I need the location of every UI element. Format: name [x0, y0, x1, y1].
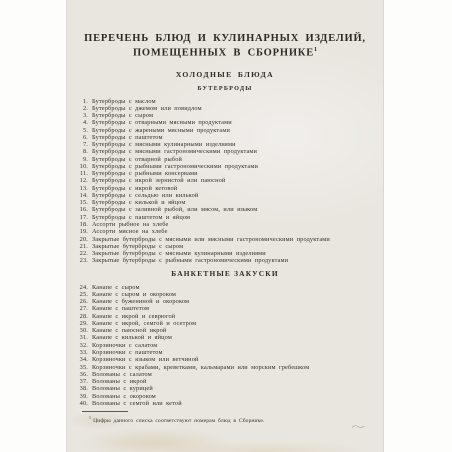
item-number: 7.: [67, 141, 88, 148]
item-text: Бутерброды с заливной рыбой, или мясом, …: [92, 206, 257, 213]
item-number: 10.: [67, 163, 88, 170]
banquet-appetizers-list: 24. Канапе с сыром 25. Канапе с сыром и …: [67, 284, 383, 408]
list-item: 10. Бутерброды с рыбными гастрономически…: [67, 163, 383, 170]
document-page: ПЕРЕЧЕНЬ БЛЮД И КУЛИНАРНЫХ ИЗДЕЛИЙ, ПОМЕ…: [66, 0, 384, 452]
item-text: Канапе с бужениной и окороком: [92, 298, 189, 305]
item-number: 18.: [67, 221, 88, 228]
item-text: Закрытые бутерброды с мясными кулинарным…: [92, 250, 266, 257]
item-text: Канапе с килькой и яйцом: [92, 334, 172, 341]
item-number: 29.: [67, 320, 88, 327]
item-text: Бутерброды с икрой кетовой: [92, 185, 177, 192]
list-item: 35. Корзиночки с крабами, креветками, ка…: [67, 364, 383, 371]
item-number: 22.: [67, 250, 88, 257]
list-item: 4. Бутерброды с отварными мясными продук…: [67, 119, 383, 126]
item-text: Бутерброды с килькой и яйцом: [92, 199, 185, 206]
list-item: 20. Закрытые бутерброды с мясными или мя…: [67, 236, 383, 243]
item-text: Бутерброды с паштетом и яйцом: [92, 214, 190, 221]
item-text: Канапе с сыром: [92, 284, 140, 291]
list-item: 37. Волованы с икрой: [67, 378, 383, 385]
list-item: 21. Закрытые бутерброды с сыром: [67, 243, 383, 250]
item-text: Бутерброды с рыбными гастрономическими п…: [92, 163, 258, 170]
list-item: 17. Бутерброды с паштетом и яйцом: [67, 214, 383, 221]
page-title-line2: ПОМЕЩЕННЫХ В СБОРНИКЕ: [133, 47, 314, 58]
item-text: Бутерброды с отварной рыбой: [92, 156, 182, 163]
item-number: 12.: [67, 177, 88, 184]
item-number: 5.: [67, 127, 88, 134]
list-item: 3. Бутерброды с сыром: [67, 112, 383, 119]
item-text: Бутерброды с сыром: [92, 112, 153, 119]
subsection-heading-sandwiches: БУТЕРБРОДЫ: [67, 85, 383, 93]
list-item: 22. Закрытые бутерброды с мясными кулина…: [67, 250, 383, 257]
item-number: 17.: [67, 214, 88, 221]
item-text: Бутерброды с мясными кулинарными изделия…: [92, 141, 236, 148]
list-item: 40. Волованы с семгой или кетой: [67, 400, 383, 407]
title-footnote-reference: 1: [314, 47, 317, 53]
item-text: Волованы с семгой или кетой: [92, 400, 182, 407]
item-number: 9.: [67, 156, 88, 163]
item-text: Канапе с паюсной икрой: [92, 327, 166, 334]
item-number: 26.: [67, 298, 88, 305]
list-item: 31. Канапе с килькой и яйцом: [67, 334, 383, 341]
list-item: 30. Канапе с паюсной икрой: [67, 327, 383, 334]
list-item: 8. Бутерброды с мясными гастрономическим…: [67, 148, 383, 155]
item-number: 3.: [67, 112, 88, 119]
item-text: Ассорти рыбное на хлебе: [92, 221, 168, 228]
item-text: Волованы с икрой: [92, 378, 146, 385]
list-item: 23. Закрытые бутерброды с рыбными гастро…: [67, 257, 383, 264]
list-item: 25. Канапе с сыром и окороком: [67, 291, 383, 298]
item-number: 21.: [67, 243, 88, 250]
list-item: 18. Ассорти рыбное на хлебе: [67, 221, 383, 228]
footnote-body: 1Цифры данного списка соответствуют номе…: [89, 415, 383, 424]
item-text: Бутерброды с рыбными консервами: [92, 170, 198, 177]
list-item: 38. Волованы с курицей: [67, 385, 383, 392]
item-text: Корзиночки с паштетом: [92, 349, 163, 356]
list-item: 5. Бутерброды с жареными мясными продукт…: [67, 127, 383, 134]
list-item: 19. Ассорти мясное на хлебе: [67, 228, 383, 235]
item-number: 11.: [67, 170, 88, 177]
item-number: 25.: [67, 291, 88, 298]
item-number: 19.: [67, 228, 88, 235]
list-item: 24. Канапе с сыром: [67, 284, 383, 291]
item-text: Волованы с салатом: [92, 371, 152, 378]
item-text: Бутерброды с отварными мясными продуктам…: [92, 119, 232, 126]
item-number: 32.: [67, 342, 88, 349]
list-item: 2. Бутерброды с джемом или повидлом: [67, 105, 383, 112]
item-text: Бутерброды с маслом: [92, 98, 156, 105]
item-text: Бутерброды с джемом или повидлом: [92, 105, 202, 112]
item-text: Ассорти мясное на хлебе: [92, 228, 168, 235]
subsection-heading-banquet-appetizers: БАНКЕТНЫЕ ЗАКУСКИ: [67, 269, 383, 278]
item-number: 20.: [67, 236, 88, 243]
item-number: 28.: [67, 313, 88, 320]
item-text: Канапе с икрой, семгой и осетром: [92, 320, 196, 327]
item-number: 27.: [67, 305, 88, 312]
footnote-marker: 1: [89, 415, 91, 420]
list-item: 33. Корзиночки с паштетом: [67, 349, 383, 356]
item-number: 23.: [67, 257, 88, 264]
page-title-line1: ПЕРЕЧЕНЬ БЛЮД И КУЛИНАРНЫХ ИЗДЕЛИЙ,: [84, 33, 366, 44]
item-number: 40.: [67, 400, 88, 407]
list-item: 27. Канапе с паштетом: [67, 305, 383, 312]
item-text: Бутерброды с паштетом: [92, 134, 163, 141]
list-item: 32. Корзиночки с салатом: [67, 342, 383, 349]
item-number: 16.: [67, 206, 88, 213]
item-number: 33.: [67, 349, 88, 356]
item-number: 13.: [67, 185, 88, 192]
list-item: 12. Бутерброды с икрой зернистой или паю…: [67, 177, 383, 184]
list-item: 15. Бутерброды с килькой и яйцом: [67, 199, 383, 206]
item-number: 36.: [67, 371, 88, 378]
item-number: 8.: [67, 148, 88, 155]
item-text: Бутерброды с икрой зернистой или паюсной: [92, 177, 225, 184]
list-item: 13. Бутерброды с икрой кетовой: [67, 185, 383, 192]
list-item: 14. Бутерброды с сельдью или килькой: [67, 192, 383, 199]
list-item: 28. Канапе с икрой и севрюгой: [67, 313, 383, 320]
footnote: 1Цифры данного списка соответствуют номе…: [82, 411, 383, 424]
list-item: 1. Бутерброды с маслом: [67, 98, 383, 105]
item-number: 39.: [67, 393, 88, 400]
list-item: 9. Бутерброды с отварной рыбой: [67, 156, 383, 163]
list-item: 16. Бутерброды с заливной рыбой, или мяс…: [67, 206, 383, 213]
item-number: 14.: [67, 192, 88, 199]
footnote-divider: [82, 411, 128, 412]
list-item: 26. Канапе с бужениной и окороком: [67, 298, 383, 305]
list-item: 6. Бутерброды с паштетом: [67, 134, 383, 141]
item-text: Корзиночки с языком или ветчиной: [92, 356, 199, 363]
list-item: 39. Волованы с окороком: [67, 393, 383, 400]
item-text: Бутерброды с сельдью или килькой: [92, 192, 198, 199]
item-number: 2.: [67, 105, 88, 112]
page-title: ПЕРЕЧЕНЬ БЛЮД И КУЛИНАРНЫХ ИЗДЕЛИЙ, ПОМЕ…: [71, 33, 379, 59]
footnote-text: Цифры данного списка соответствуют номер…: [93, 418, 264, 424]
item-number: 1.: [67, 98, 88, 105]
list-item: 7. Бутерброды с мясными кулинарными изде…: [67, 141, 383, 148]
item-text: Бутерброды с мясными гастрономическими п…: [92, 148, 257, 155]
item-text: Корзиночки с крабами, креветками, кальма…: [92, 364, 309, 371]
item-number: 34.: [67, 356, 88, 363]
item-text: Закрытые бутерброды с рыбными гастрономи…: [92, 257, 288, 264]
item-text: Волованы с окороком: [92, 393, 156, 400]
item-number: 37.: [67, 378, 88, 385]
item-number: 15.: [67, 199, 88, 206]
item-text: Закрытые бутерброды с мясными или мясным…: [92, 236, 330, 243]
list-item: 29. Канапе с икрой, семгой и осетром: [67, 320, 383, 327]
list-item: 11. Бутерброды с рыбными консервами: [67, 170, 383, 177]
stray-pencil-mark: [351, 417, 366, 435]
item-text: Закрытые бутерброды с сыром: [92, 243, 183, 250]
item-text: Канапе с икрой и севрюгой: [92, 313, 175, 320]
item-number: 6.: [67, 134, 88, 141]
squiggle-icon: [351, 423, 366, 430]
item-number: 30.: [67, 327, 88, 334]
item-text: Канапе с паштетом: [92, 305, 149, 312]
item-number: 38.: [67, 385, 88, 392]
item-number: 4.: [67, 119, 88, 126]
item-number: 35.: [67, 364, 88, 371]
item-text: Канапе с сыром и окороком: [92, 291, 176, 298]
item-number: 24.: [67, 284, 88, 291]
item-text: Бутерброды с жареными мясными продуктами: [92, 127, 230, 134]
list-item: 36. Волованы с салатом: [67, 371, 383, 378]
list-item: 34. Корзиночки с языком или ветчиной: [67, 356, 383, 363]
item-text: Корзиночки с салатом: [92, 342, 157, 349]
sandwiches-list: 1. Бутерброды с маслом 2. Бутерброды с д…: [67, 98, 383, 265]
section-heading-cold-dishes: ХОЛОДНЫЕ БЛЮДА: [67, 70, 383, 79]
item-text: Волованы с курицей: [92, 385, 153, 392]
item-number: 31.: [67, 334, 88, 341]
